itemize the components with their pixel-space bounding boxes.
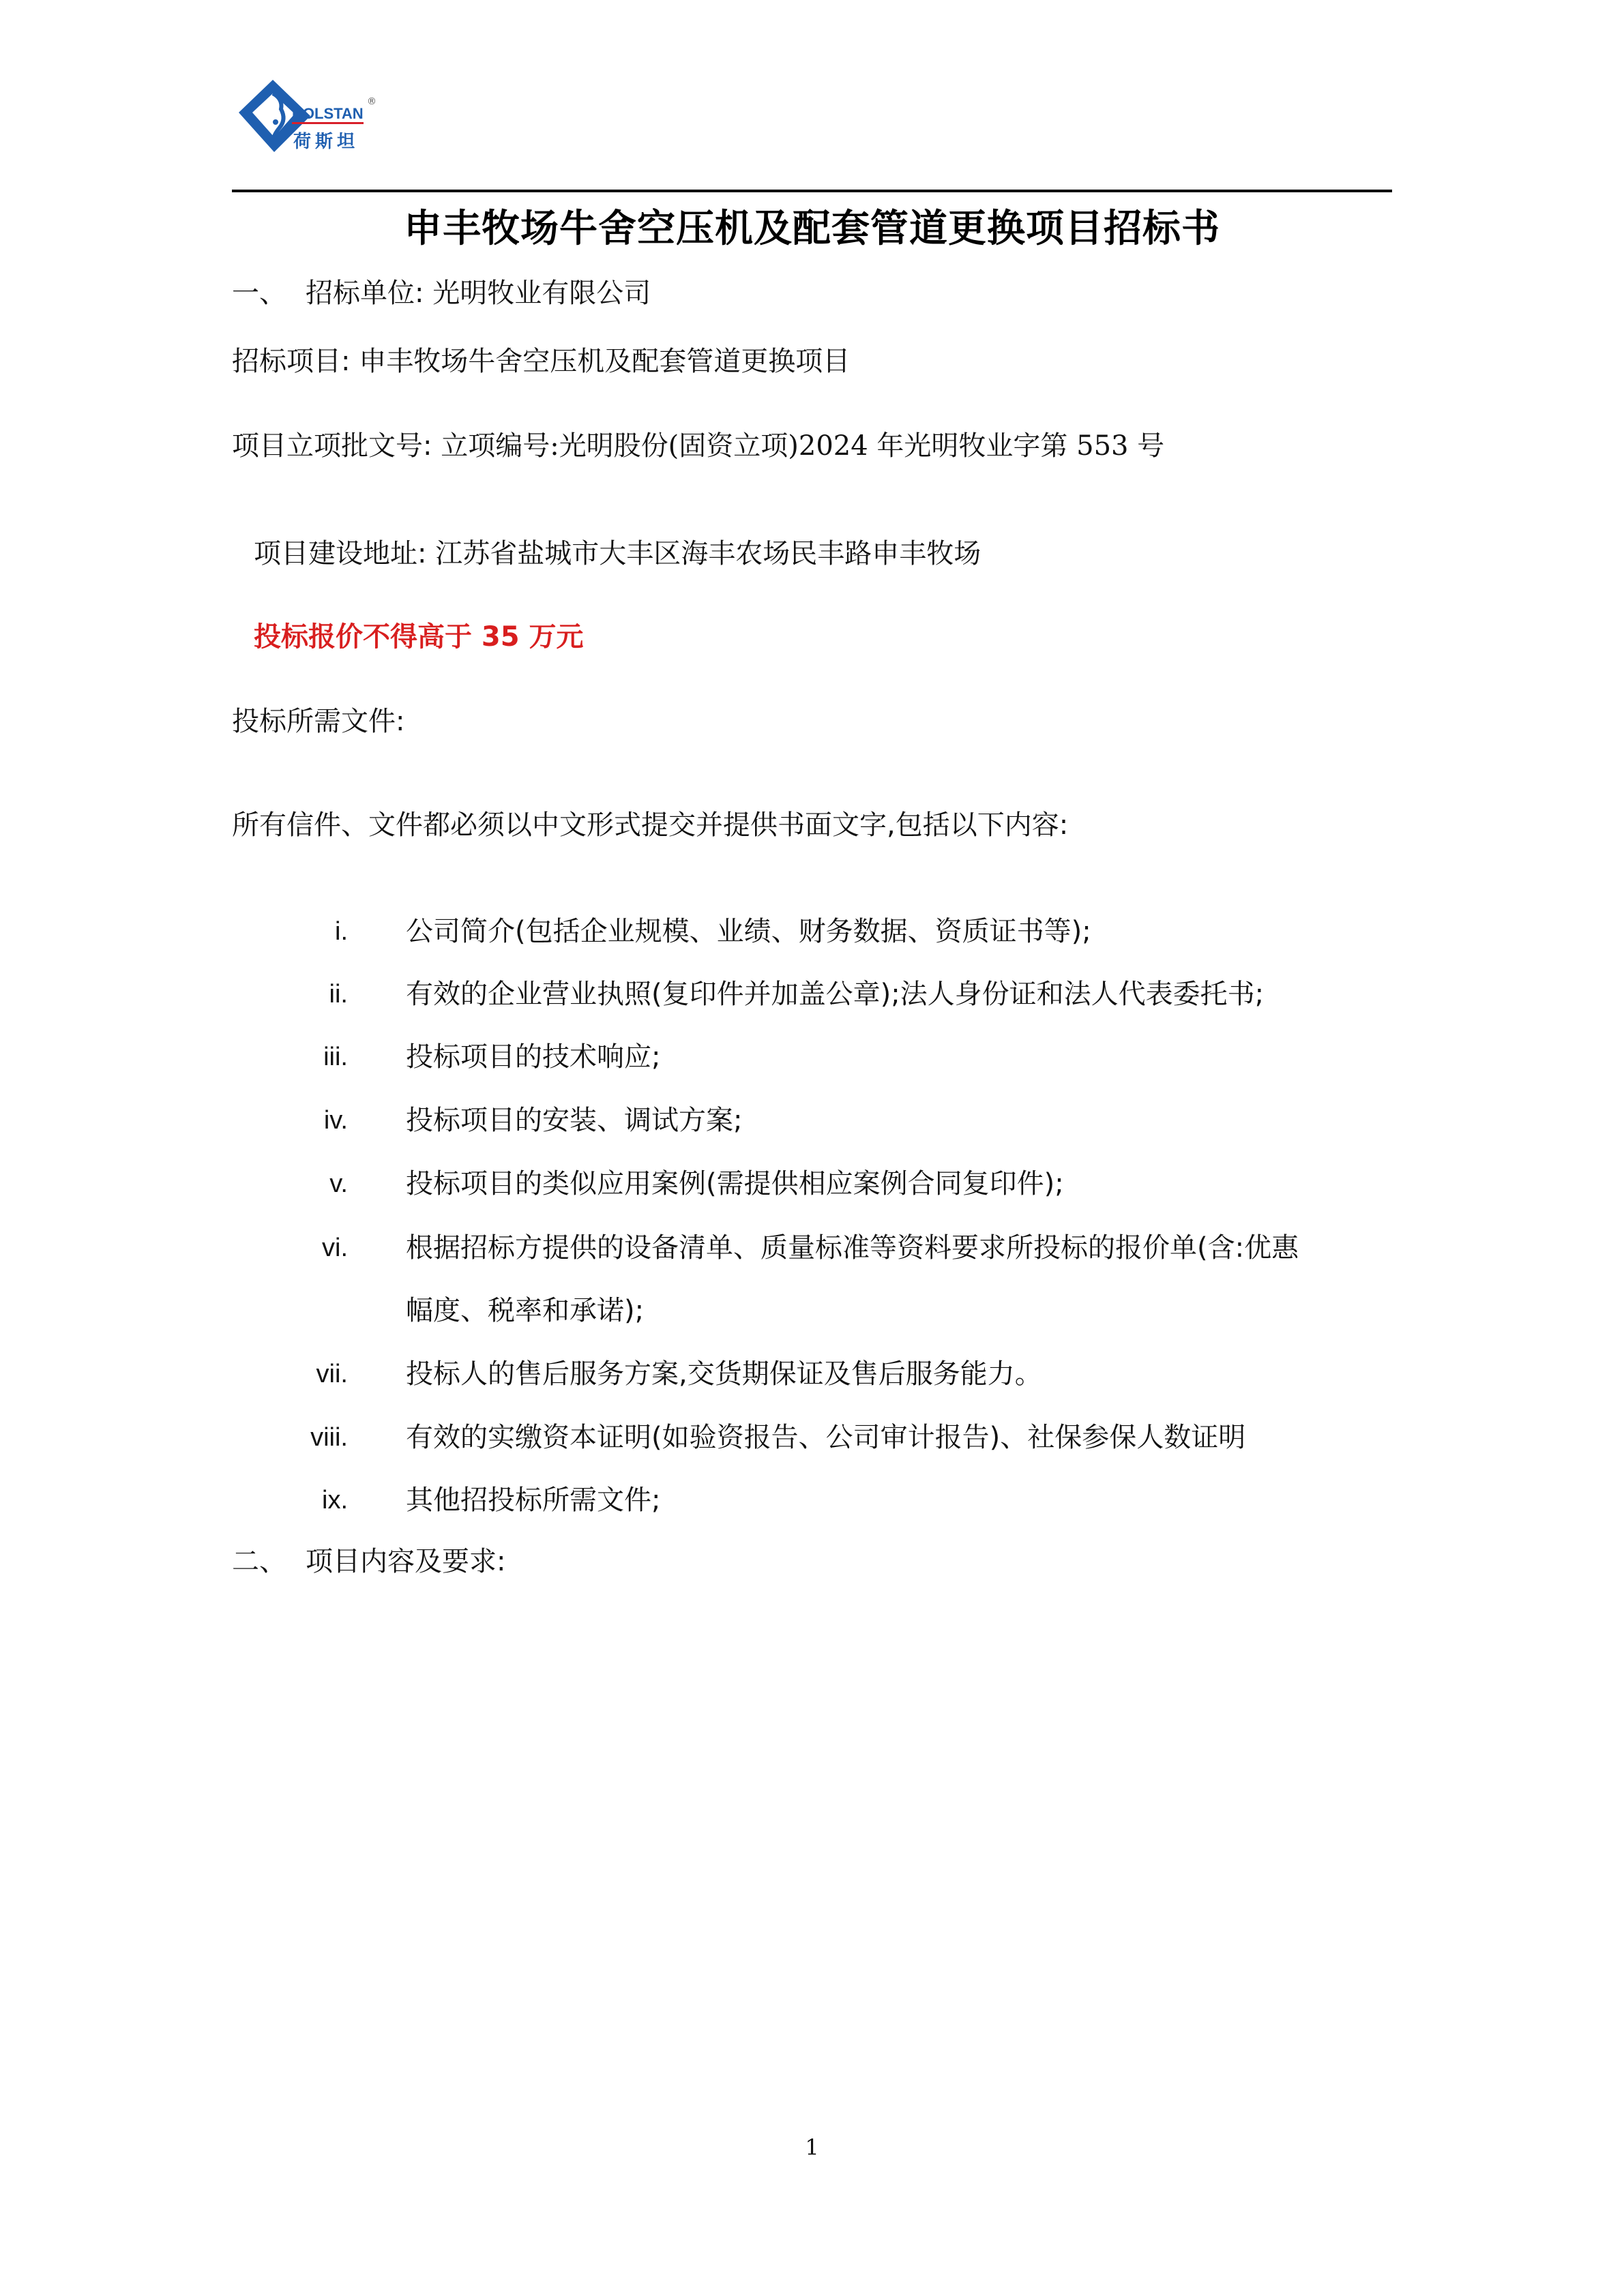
section-2-number: 二、 (232, 1542, 306, 1581)
list-item-text: 投标项目的类似应用案例(需提供相应案例合同复印件); (406, 1165, 1064, 1203)
approval-label: 项目立项批文号: (232, 430, 432, 462)
address-value: 江苏省盐城市大丰区海丰农场民丰路申丰牧场 (435, 538, 981, 569)
list-item-text-continued: 幅度、税率和承诺); (406, 1292, 644, 1330)
section-1-number: 一、 (232, 274, 306, 312)
address-line: 项目建设地址: 江苏省盐城市大丰区海丰农场民丰路申丰牧场 (254, 535, 981, 573)
list-item-number: ix. (232, 1481, 348, 1519)
logo-brand-en: HOLSTAN (292, 106, 364, 124)
bidder-unit-value: 光明牧业有限公司 (432, 278, 651, 309)
project-line: 招标项目: 申丰牧场牛舍空压机及配套管道更换项目 (232, 342, 850, 381)
page-number: 1 (0, 2131, 1624, 2164)
list-item-text: 公司简介(包括企业规模、业绩、财务数据、资质证书等); (406, 912, 1091, 951)
section-2-label: 项目内容及要求: (306, 1546, 505, 1577)
project-label: 招标项目: (232, 346, 350, 377)
bidder-unit-label: 招标单位: (306, 278, 424, 309)
address-label: 项目建设地址: (254, 538, 426, 569)
approval-value: 光明股份(固资立项)2024 年光明牧业字第 553 号 (559, 430, 1165, 462)
approval-sub-label: 立项编号: (441, 430, 559, 462)
list-item-text: 投标项目的安装、调试方案; (406, 1101, 742, 1139)
list-item-number: vi. (232, 1229, 348, 1267)
list-item-number: i. (232, 912, 348, 951)
document-title: 申丰牧场牛舍空压机及配套管道更换项目招标书 (0, 202, 1624, 256)
list-item-text: 投标人的售后服务方案,交货期保证及售后服务能力。 (406, 1355, 1042, 1393)
list-item-number: vii. (232, 1355, 348, 1393)
list-item-text: 有效的企业营业执照(复印件并加盖公章);法人身份证和法人代表委托书; (406, 975, 1264, 1013)
section-1-heading: 一、招标单位: 光明牧业有限公司 (232, 274, 651, 312)
list-item-number: iv. (232, 1101, 348, 1139)
holstan-logo: HOLSTAN ® 荷斯坦 (232, 72, 389, 167)
list-item-text: 其他招投标所需文件; (406, 1481, 660, 1519)
list-item-number: iii. (232, 1038, 348, 1076)
approval-line: 项目立项批文号: 立项编号:光明股份(固资立项)2024 年光明牧业字第 553… (232, 427, 1164, 465)
list-item-text: 投标项目的技术响应; (406, 1038, 660, 1076)
logo-brand-cn: 荷斯坦 (293, 128, 359, 153)
list-item-text: 根据招标方提供的设备清单、质量标准等资料要求所投标的报价单(含:优惠 (406, 1229, 1299, 1267)
list-item-number: ii. (232, 975, 348, 1013)
section-2-heading: 二、项目内容及要求: (232, 1542, 505, 1581)
list-item-text: 有效的实缴资本证明(如验资报告、公司审计报告)、社保参保人数证明 (406, 1418, 1245, 1457)
price-cap-notice: 投标报价不得高于 35 万元 (254, 618, 584, 656)
required-docs-intro: 所有信件、文件都必须以中文形式提交并提供书面文字,包括以下内容: (232, 806, 1068, 844)
list-item-number: viii. (232, 1418, 348, 1457)
list-item-number: v. (232, 1165, 348, 1203)
project-value: 申丰牧场牛舍空压机及配套管道更换项目 (359, 346, 850, 377)
header-rule (232, 190, 1392, 192)
logo-registered-mark: ® (367, 96, 377, 107)
required-docs-label: 投标所需文件: (232, 702, 404, 741)
